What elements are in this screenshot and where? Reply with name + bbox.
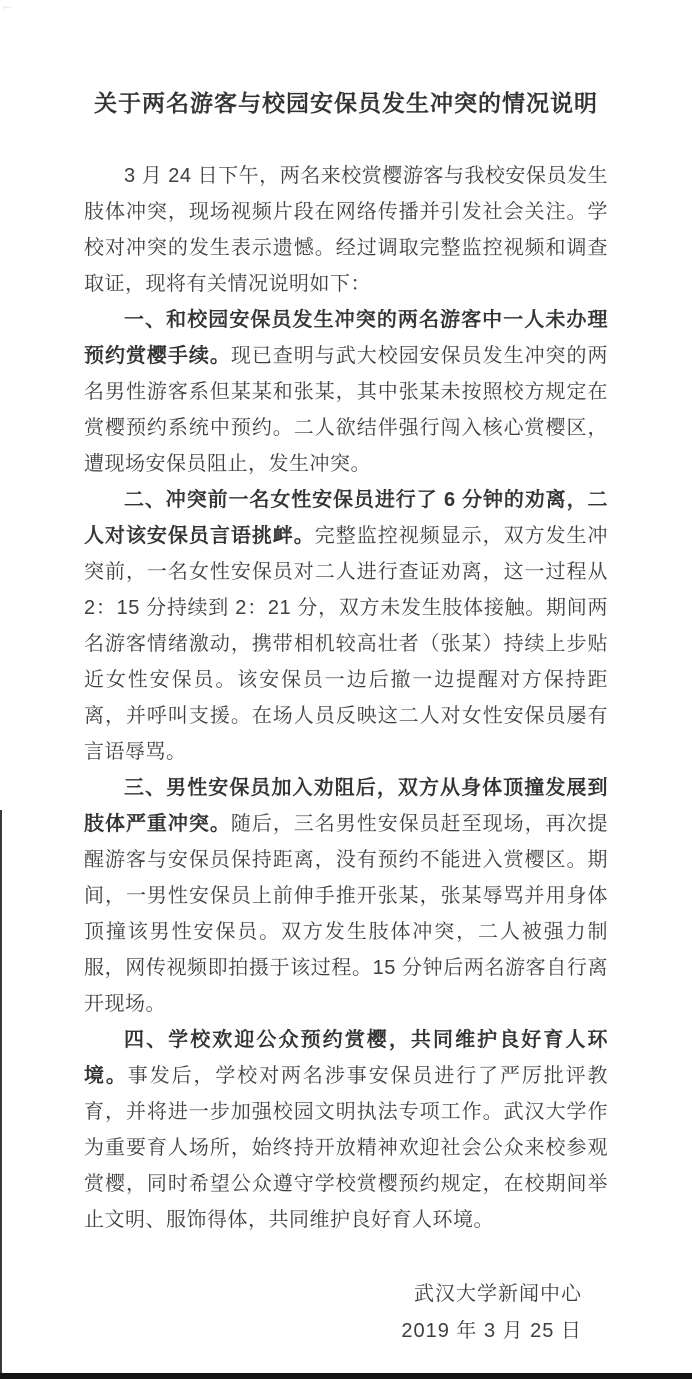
paragraph-point-4: 四、学校欢迎公众预约赏樱，共同维护良好育人环境。事发后，学校对两名涉事安保员进行… bbox=[84, 1022, 608, 1238]
signature-block: 武汉大学新闻中心 2019 年 3 月 25 日 bbox=[0, 1276, 582, 1350]
paragraph-point-1: 一、和校园安保员发生冲突的两名游客中一人未办理预约赏樱手续。现已查明与武大校园安… bbox=[84, 302, 608, 482]
paragraph-point-2-text: 完整监控视频显示，双方发生冲突前，一名女性安保员对二人进行查证劝离，这一过程从 … bbox=[84, 525, 608, 763]
signature-org: 武汉大学新闻中心 bbox=[0, 1276, 582, 1313]
document-title: 关于两名游客与校园安保员发生冲突的情况说明 bbox=[40, 88, 652, 118]
signature-date: 2019 年 3 月 25 日 bbox=[0, 1313, 582, 1350]
paragraph-point-2: 二、冲突前一名女性安保员进行了 6 分钟的劝离，二人对该安保员言语挑衅。完整监控… bbox=[84, 482, 608, 770]
document-body: 3 月 24 日下午，两名来校赏樱游客与我校安保员发生肢体冲突，现场视频片段在网… bbox=[84, 158, 608, 1238]
scan-corner-artifact: ⌐- bbox=[3, 4, 19, 16]
paragraph-intro-text: 3 月 24 日下午，两名来校赏樱游客与我校安保员发生肢体冲突，现场视频片段在网… bbox=[84, 165, 608, 295]
scan-bottom-edge-bar bbox=[0, 1373, 692, 1379]
statement-page: ⌐- 关于两名游客与校园安保员发生冲突的情况说明 3 月 24 日下午，两名来校… bbox=[0, 0, 692, 1379]
scan-left-edge-line bbox=[0, 810, 2, 1379]
paragraph-point-3: 三、男性安保员加入劝阻后，双方从身体顶撞发展到肢体严重冲突。随后，三名男性安保员… bbox=[84, 770, 608, 1022]
paragraph-intro: 3 月 24 日下午，两名来校赏樱游客与我校安保员发生肢体冲突，现场视频片段在网… bbox=[84, 158, 608, 302]
paragraph-point-3-text: 随后，三名男性安保员赶至现场，再次提醒游客与安保员保持距离，没有预约不能进入赏樱… bbox=[84, 813, 608, 1015]
paragraph-point-4-text: 事发后，学校对两名涉事安保员进行了严厉批评教育，并将进一步加强校园文明执法专项工… bbox=[84, 1065, 608, 1231]
